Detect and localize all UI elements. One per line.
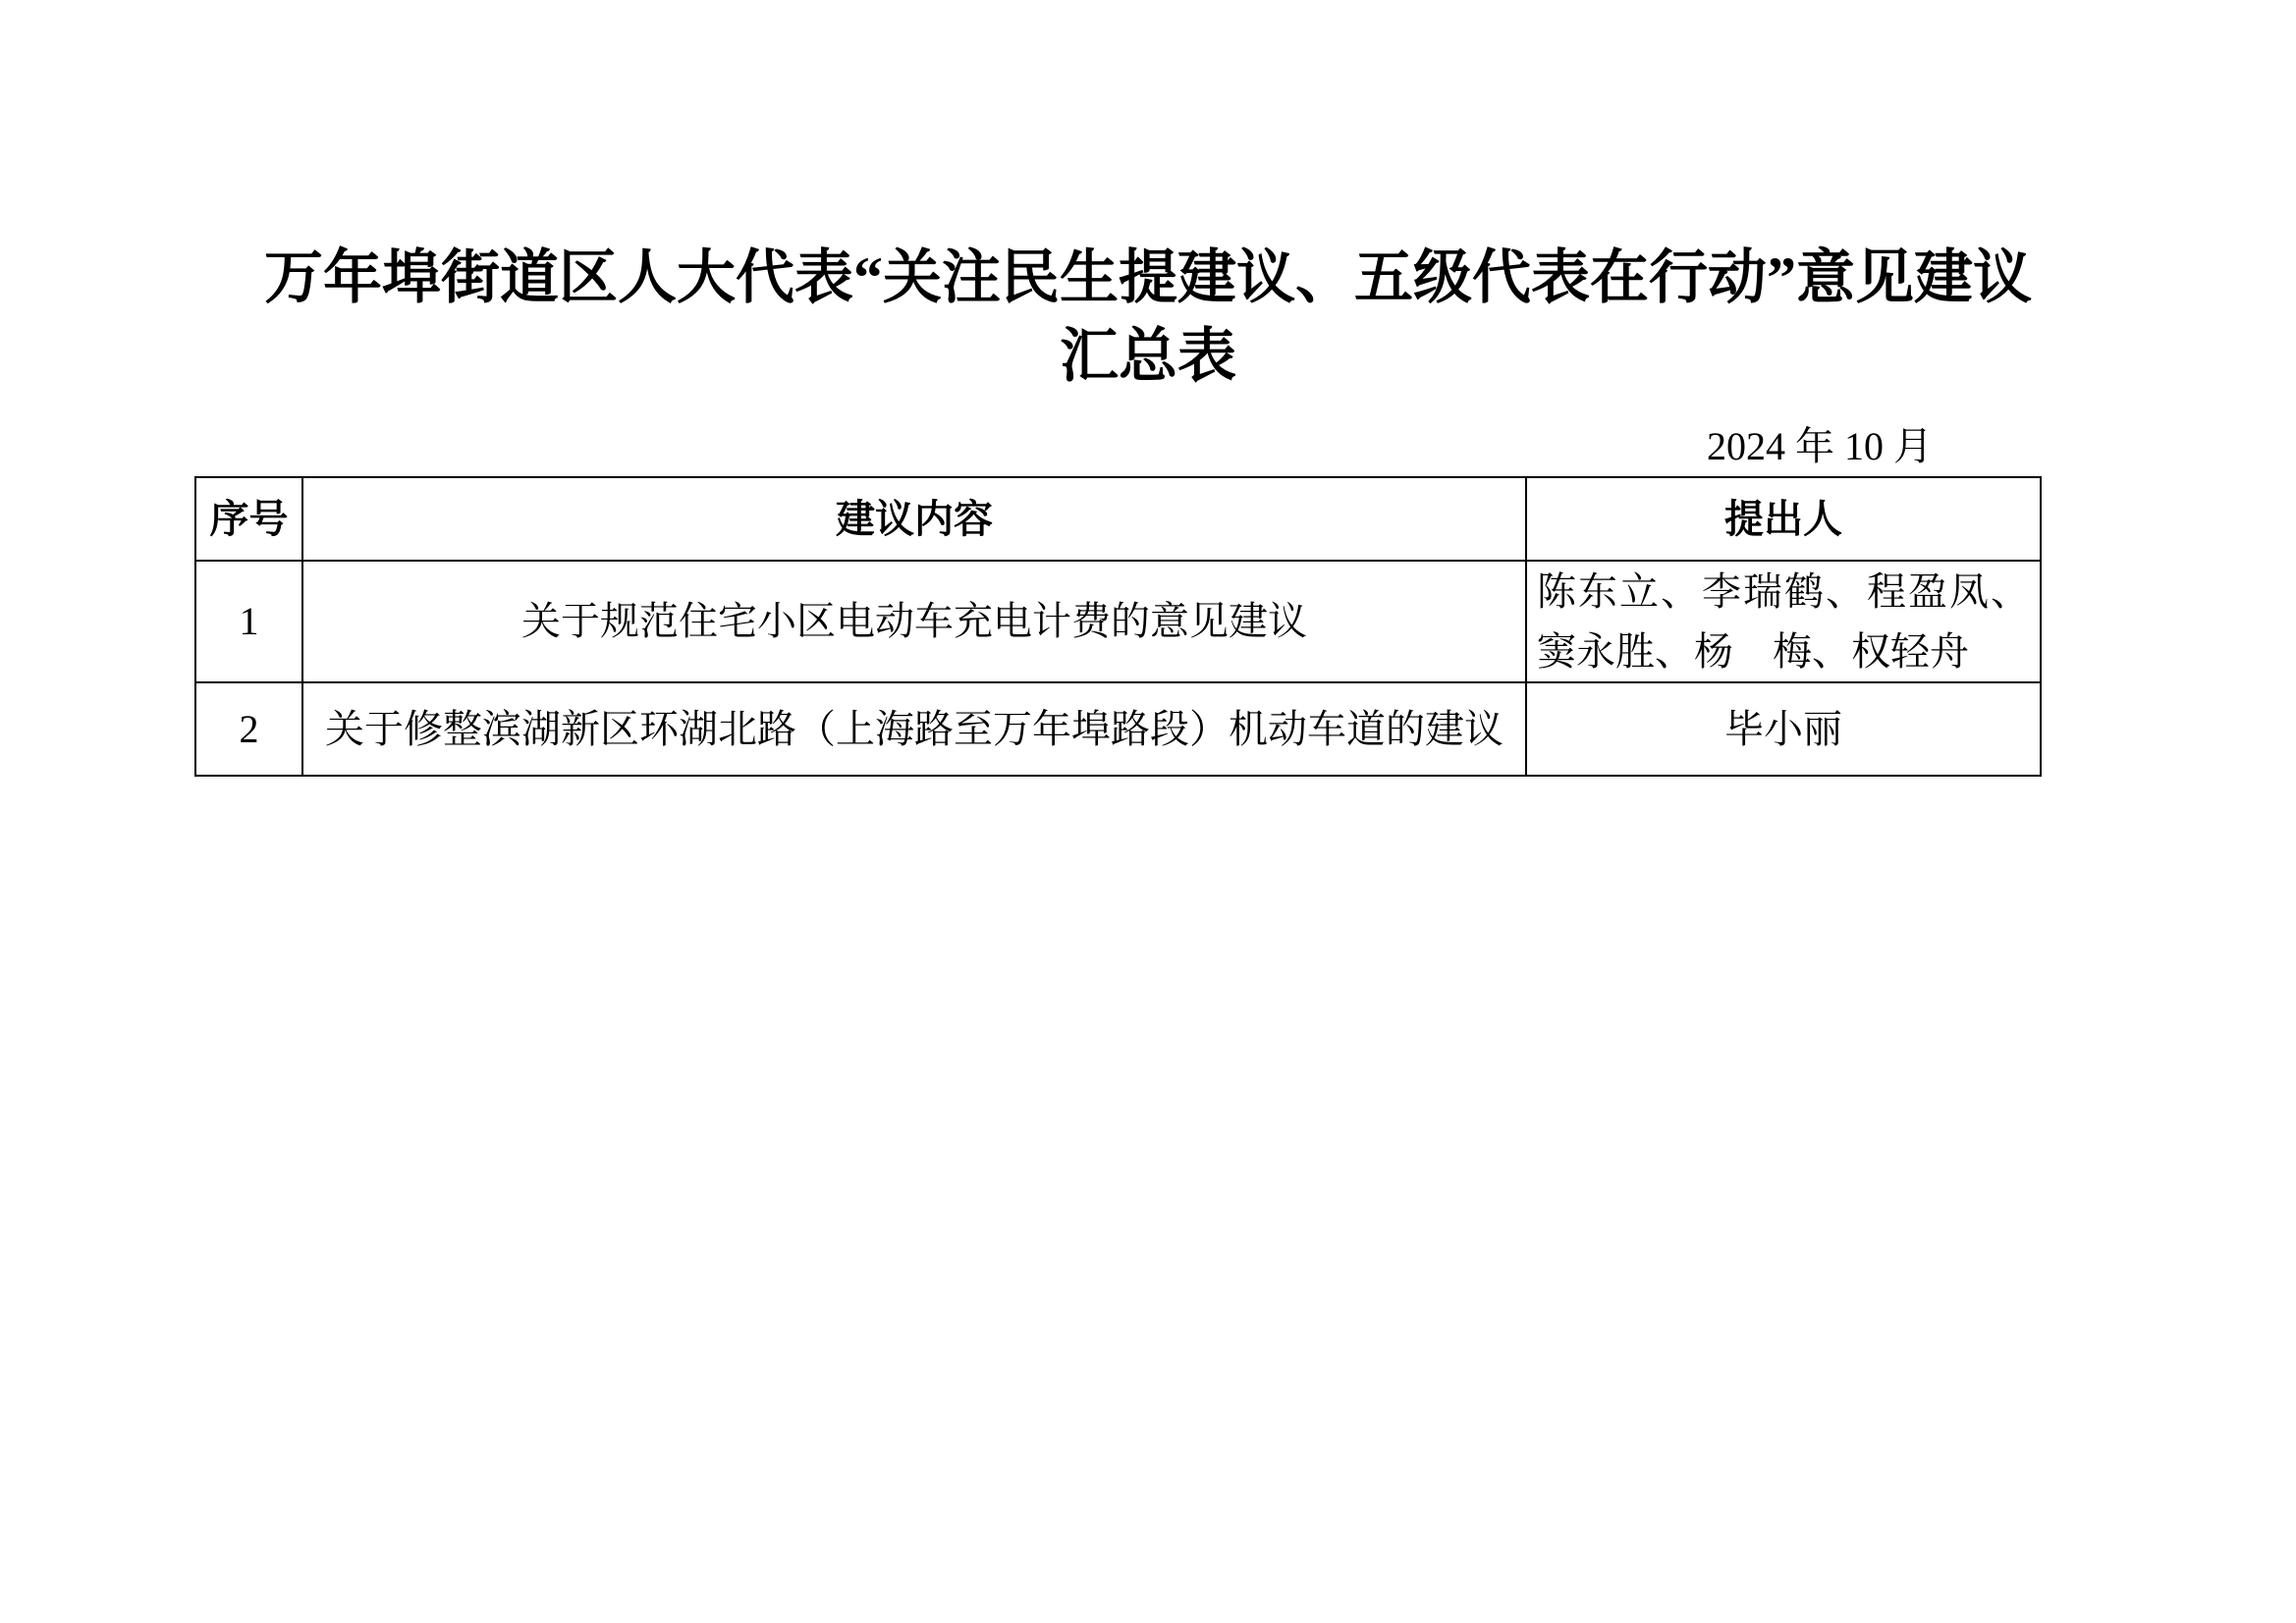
table-header-row: 序号 建议内容 提出人	[195, 477, 2041, 561]
document-page: { "document": { "title_line1": "万年埠街道区人大…	[0, 0, 2296, 1623]
table-row: 1 关于规范住宅小区电动车充电计费的意见建议 陈东立、李瑞鹤、程盈凤、窦永胜、杨…	[195, 561, 2041, 682]
row1-serial-number: 1	[195, 561, 302, 682]
row2-suggestion-content: 关于修整滨湖新区环湖北路（上海路至万年埠路段）机动车道的建议	[302, 682, 1526, 776]
header-cell-serial-number: 序号	[195, 477, 302, 561]
row2-proposers: 毕小丽	[1526, 682, 2041, 776]
document-title-line2: 汇总表	[0, 317, 2296, 396]
row1-suggestion-content: 关于规范住宅小区电动车充电计费的意见建议	[302, 561, 1526, 682]
header-cell-suggestion-content: 建议内容	[302, 477, 1526, 561]
suggestions-summary-table: 序号 建议内容 提出人 1 关于规范住宅小区电动车充电计费的意见建议 陈东立、李…	[194, 476, 2042, 777]
document-title: 万年埠街道区人大代表“关注民生提建议、五级代表在行动”意见建议 汇总表	[0, 239, 2296, 396]
header-cell-proposer: 提出人	[1526, 477, 2041, 561]
table-row: 2 关于修整滨湖新区环湖北路（上海路至万年埠路段）机动车道的建议 毕小丽	[195, 682, 2041, 776]
row1-proposers: 陈东立、李瑞鹤、程盈凤、窦永胜、杨 梅、权轻舟	[1526, 561, 2041, 682]
date-label: 2024 年 10 月	[1707, 425, 1933, 468]
row2-serial-number: 2	[195, 682, 302, 776]
document-title-line1: 万年埠街道区人大代表“关注民生提建议、五级代表在行动”意见建议	[0, 239, 2296, 317]
